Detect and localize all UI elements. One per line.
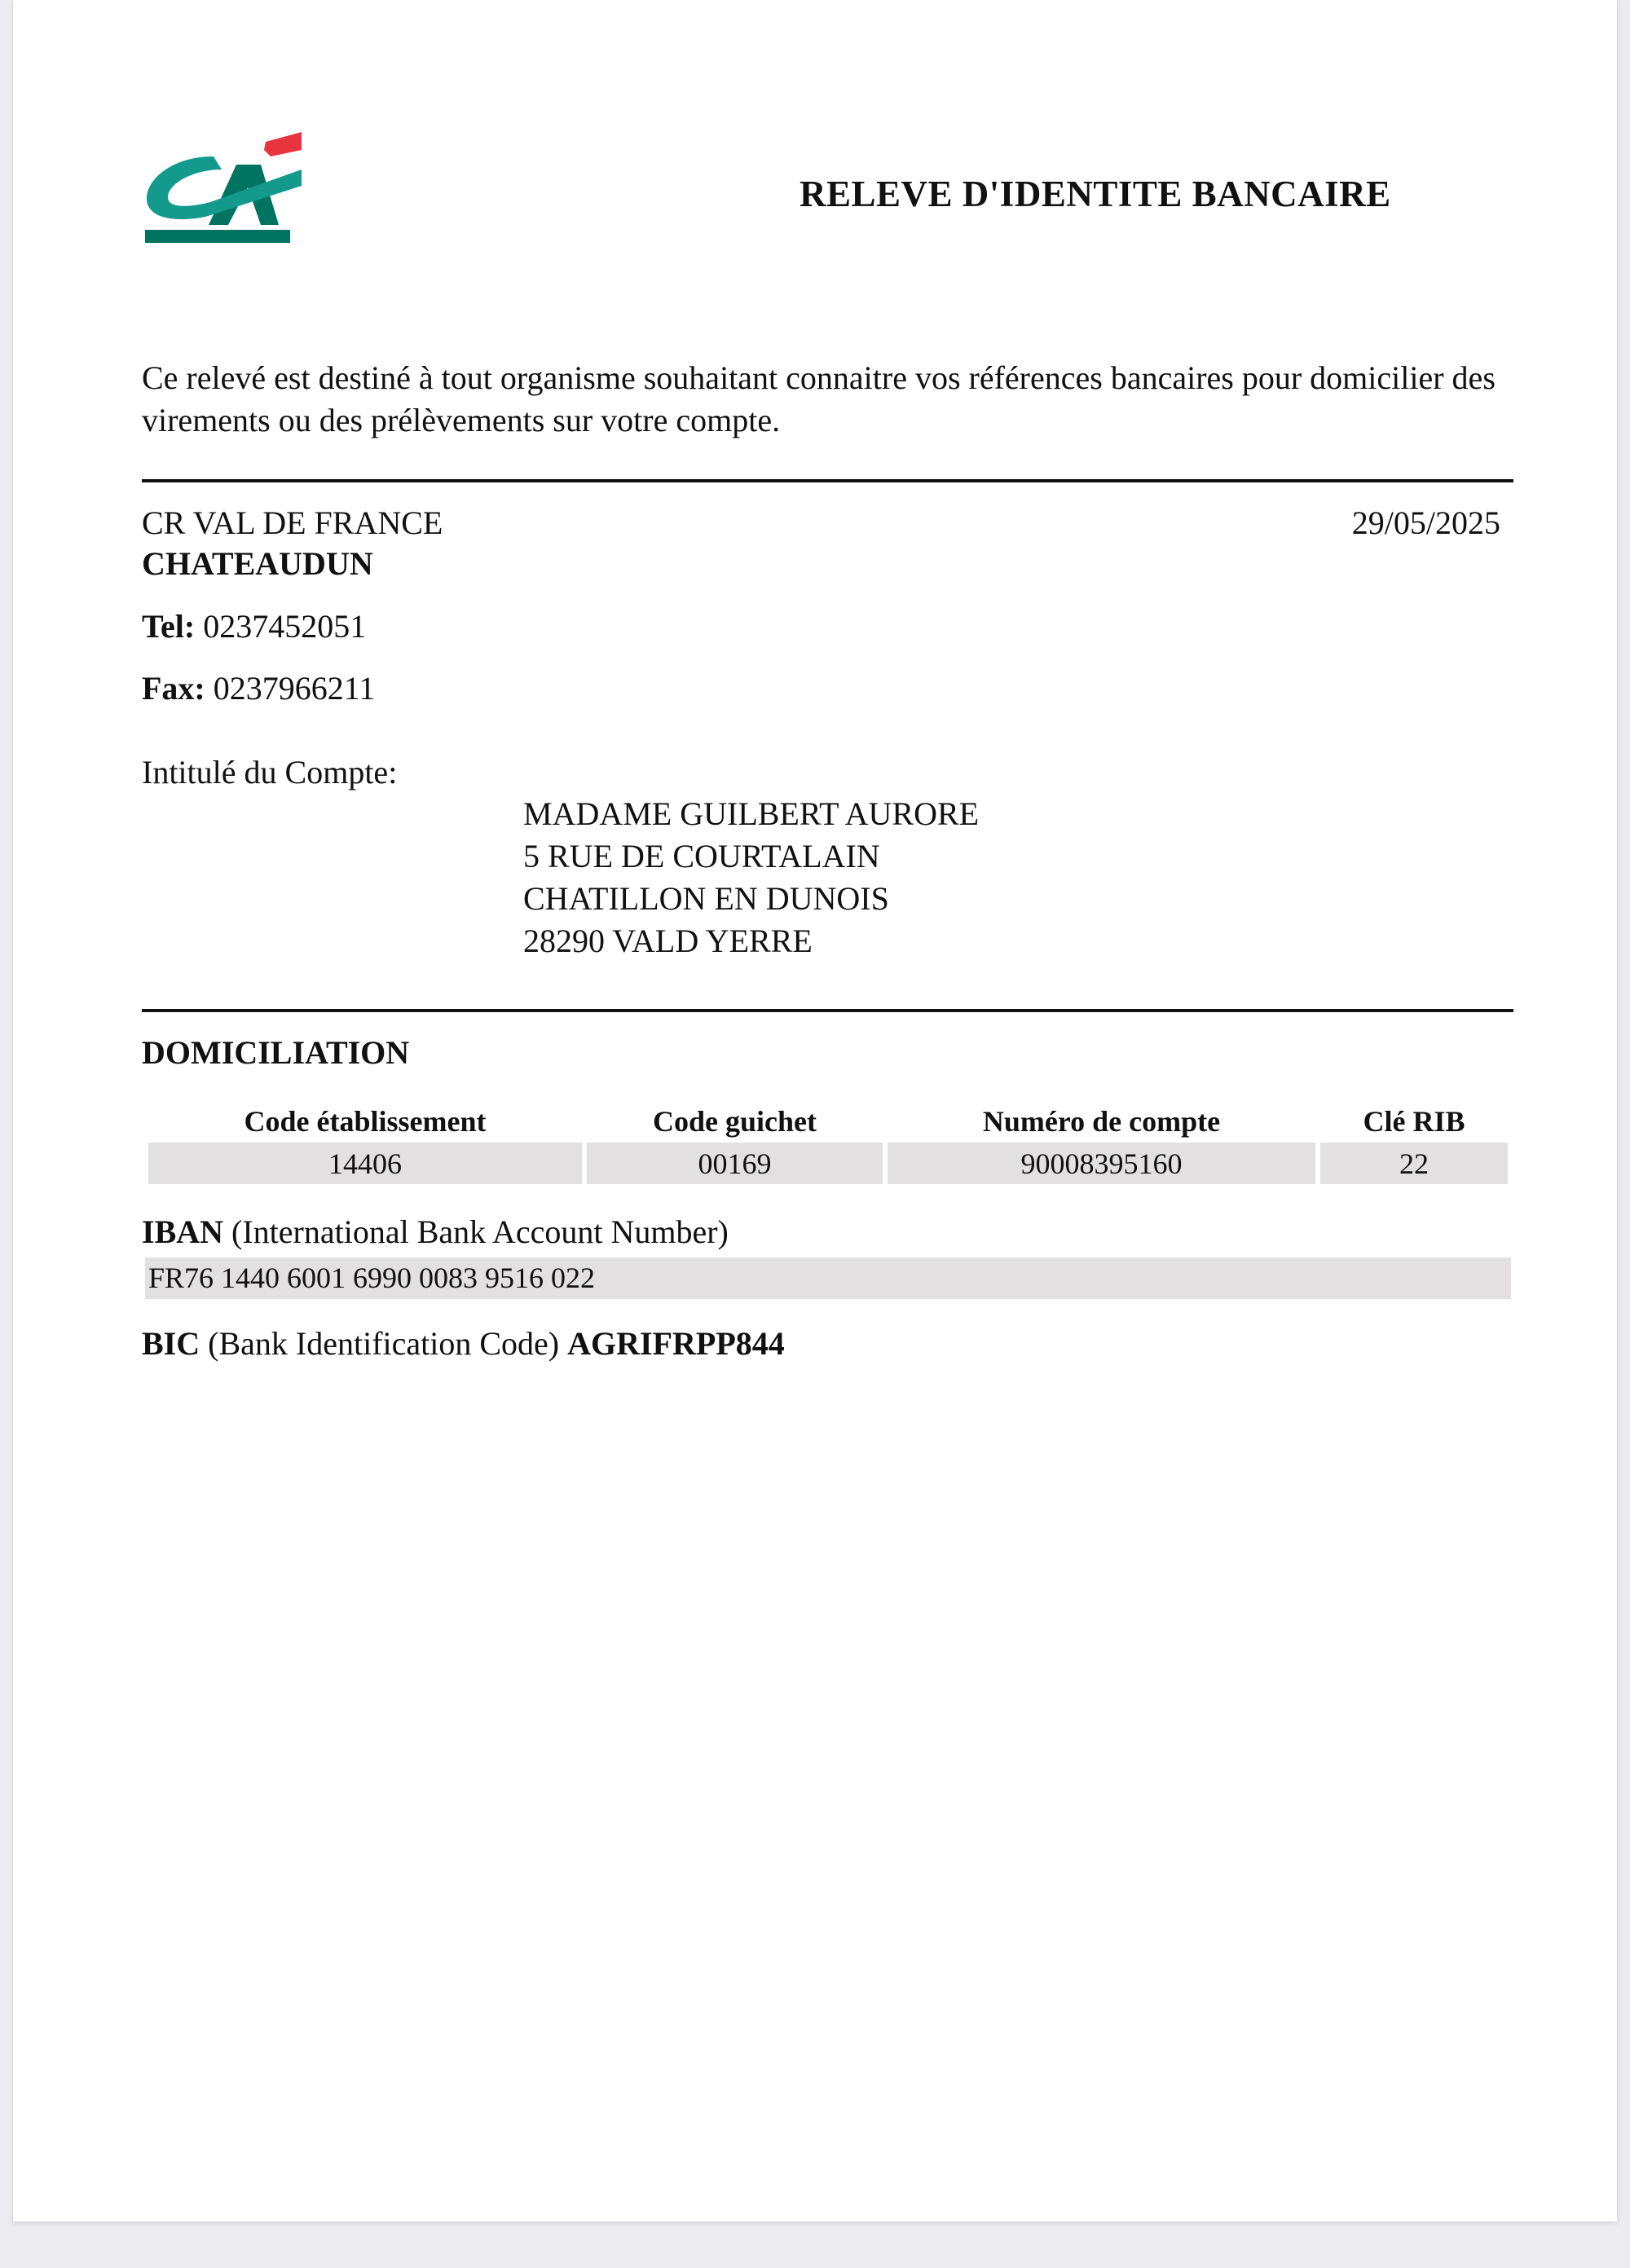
phone-value: 0237452051 [203, 608, 366, 645]
divider [142, 479, 1513, 482]
fax-value: 0237966211 [214, 670, 376, 707]
iban-abbrev: IBAN [142, 1213, 223, 1250]
bic-value: AGRIFRPP844 [567, 1325, 785, 1362]
iban-description: (International Bank Account Number) [231, 1213, 729, 1250]
holder-town: CHATILLON EN DUNOIS [523, 878, 979, 920]
iban-label: IBAN (International Bank Account Number) [142, 1213, 729, 1251]
agency-phone: Tel: 0237452051 [142, 607, 366, 645]
account-holder-label: Intitulé du Compte: [142, 753, 397, 791]
phone-label: Tel: [142, 608, 195, 645]
bic-line: BIC (Bank Identification Code) AGRIFRPP8… [142, 1324, 785, 1363]
document-title: RELEVE D'IDENTITE BANCAIRE [800, 173, 1391, 215]
divider [142, 1009, 1513, 1012]
rib-table: Code établissement Code guichet Numéro d… [143, 1100, 1513, 1184]
holder-street: 5 RUE DE COURTALAIN [523, 835, 979, 878]
intro-paragraph: Ce relevé est destiné à tout organisme s… [142, 357, 1527, 442]
branch-code-cell: 00169 [587, 1143, 883, 1184]
document-page: RELEVE D'IDENTITE BANCAIRE Ce relevé est… [13, 0, 1617, 2222]
column-header-rib-key: Clé RIB [1320, 1100, 1508, 1143]
bic-abbrev: BIC [142, 1325, 200, 1362]
bank-code-cell: 14406 [148, 1143, 582, 1184]
agency-fax: Fax: 0237966211 [142, 669, 375, 707]
holder-name: MADAME GUILBERT AURORE [523, 793, 979, 835]
document-date: 29/05/2025 [1352, 504, 1500, 542]
agency-name: CR VAL DE FRANCE [142, 504, 443, 542]
column-header-bank-code: Code établissement [148, 1100, 582, 1143]
rib-key-cell: 22 [1320, 1143, 1508, 1184]
domiciliation-title: DOMICILIATION [142, 1033, 409, 1072]
table-row: 14406 00169 90008395160 22 [148, 1143, 1508, 1184]
fax-label: Fax: [142, 670, 205, 707]
column-header-account-number: Numéro de compte [888, 1100, 1315, 1143]
rib-header-row: Code établissement Code guichet Numéro d… [148, 1100, 1508, 1143]
iban-value: FR76 1440 6001 6990 0083 9516 022 [145, 1257, 1511, 1299]
credit-agricole-logo-icon [142, 132, 302, 246]
holder-postcode-city: 28290 VALD YERRE [523, 920, 979, 962]
bic-description: (Bank Identification Code) [208, 1325, 559, 1362]
account-number-cell: 90008395160 [888, 1143, 1315, 1184]
column-header-branch-code: Code guichet [587, 1100, 883, 1143]
account-holder-address: MADAME GUILBERT AURORE 5 RUE DE COURTALA… [523, 793, 979, 962]
agency-city: CHATEAUDUN [142, 544, 373, 583]
